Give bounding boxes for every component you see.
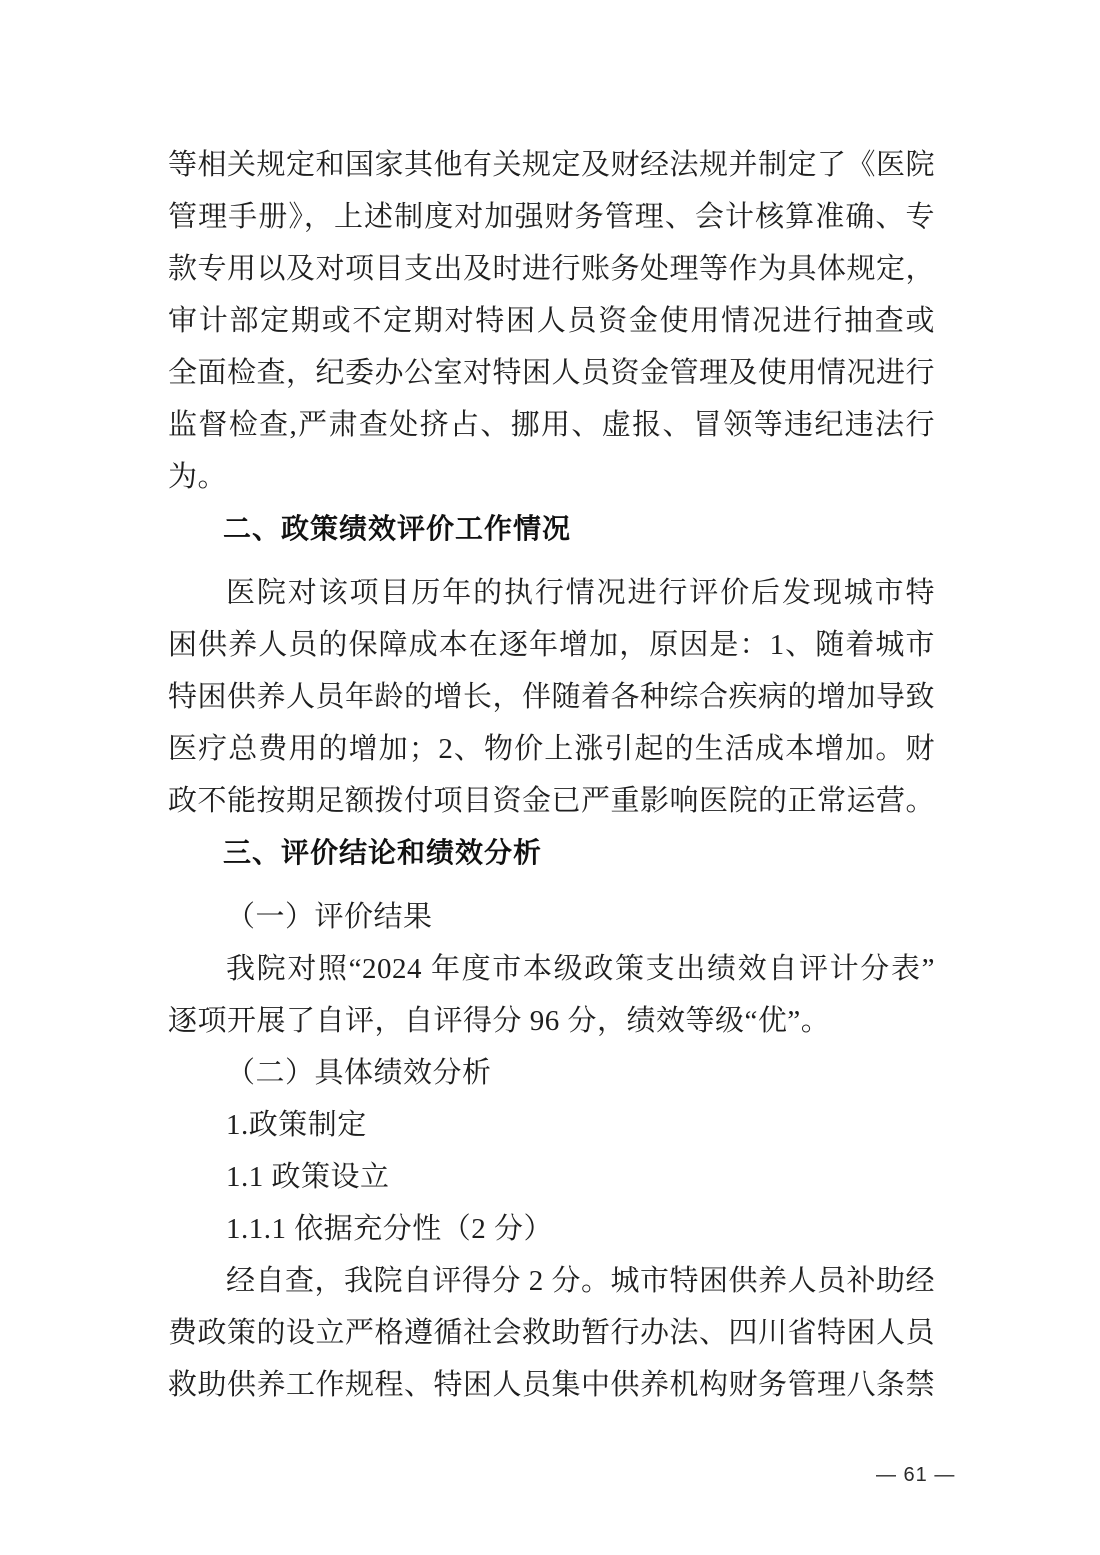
paragraph: 我院对照“2024 年度市本级政策支出绩效自评计分表”逐项开展了自评，自评得分 … (168, 943, 935, 1047)
text-line: 1.1.1 依据充分性（2 分） (168, 1203, 935, 1255)
document-body: 等相关规定和国家其他有关规定及财经法规并制定了《医院管理手册》，上述制度对加强财… (168, 139, 935, 1411)
text-line: 我院对照“2024 年度市本级政策支出绩效自评计分表” (168, 943, 935, 995)
text-line: 监督检查,严肃查处挤占、挪用、虚报、冒领等违纪违法行 (168, 399, 935, 451)
text-line: 医院对该项目历年的执行情况进行评价后发现城市特 (168, 567, 935, 619)
text-line: 审计部定期或不定期对特困人员资金使用情况进行抽查或 (168, 295, 935, 347)
text-line: 困供养人员的保障成本在逐年增加，原因是：1、随着城市 (168, 619, 935, 671)
text-line: 管理手册》，上述制度对加强财务管理、会计核算准确、专 (168, 191, 935, 243)
text-line: 全面检查，纪委办公室对特困人员资金管理及使用情况进行 (168, 347, 935, 399)
text-line: 政不能按期足额拨付项目资金已严重影响医院的正常运营。 (168, 775, 935, 827)
section-heading: 二、政策绩效评价工作情况 (168, 503, 935, 555)
paragraph: （二）具体绩效分析 (168, 1047, 935, 1099)
text-line: 逐项开展了自评，自评得分 96 分，绩效等级“优”。 (168, 995, 935, 1047)
text-line: （一）评价结果 (168, 891, 935, 943)
text-line: 款专用以及对项目支出及时进行账务处理等作为具体规定， (168, 243, 935, 295)
paragraph: 1.1 政策设立 (168, 1151, 935, 1203)
text-line: 特困供养人员年龄的增长，伴随着各种综合疾病的增加导致 (168, 671, 935, 723)
paragraph: 经自查，我院自评得分 2 分。城市特困供养人员补助经费政策的设立严格遵循社会救助… (168, 1255, 935, 1411)
text-line: 医疗总费用的增加；2、物价上涨引起的生活成本增加。财 (168, 723, 935, 775)
section-heading: 三、评价结论和绩效分析 (168, 827, 935, 879)
text-line: 1.政策制定 (168, 1099, 935, 1151)
document-page: 等相关规定和国家其他有关规定及财经法规并制定了《医院管理手册》，上述制度对加强财… (0, 0, 1100, 1555)
text-line: 等相关规定和国家其他有关规定及财经法规并制定了《医院 (168, 139, 935, 191)
text-line: 为。 (168, 451, 935, 503)
text-line: 救助供养工作规程、特困人员集中供养机构财务管理八条禁 (168, 1359, 935, 1411)
paragraph: 医院对该项目历年的执行情况进行评价后发现城市特困供养人员的保障成本在逐年增加，原… (168, 567, 935, 827)
paragraph: 1.政策制定 (168, 1099, 935, 1151)
text-line: 经自查，我院自评得分 2 分。城市特困供养人员补助经 (168, 1255, 935, 1307)
paragraph: 等相关规定和国家其他有关规定及财经法规并制定了《医院管理手册》，上述制度对加强财… (168, 139, 935, 503)
page-number: — 61 — (876, 1464, 955, 1487)
paragraph: （一）评价结果 (168, 891, 935, 943)
text-line: 费政策的设立严格遵循社会救助暂行办法、四川省特困人员 (168, 1307, 935, 1359)
text-line: 1.1 政策设立 (168, 1151, 935, 1203)
paragraph: 1.1.1 依据充分性（2 分） (168, 1203, 935, 1255)
text-line: （二）具体绩效分析 (168, 1047, 935, 1099)
